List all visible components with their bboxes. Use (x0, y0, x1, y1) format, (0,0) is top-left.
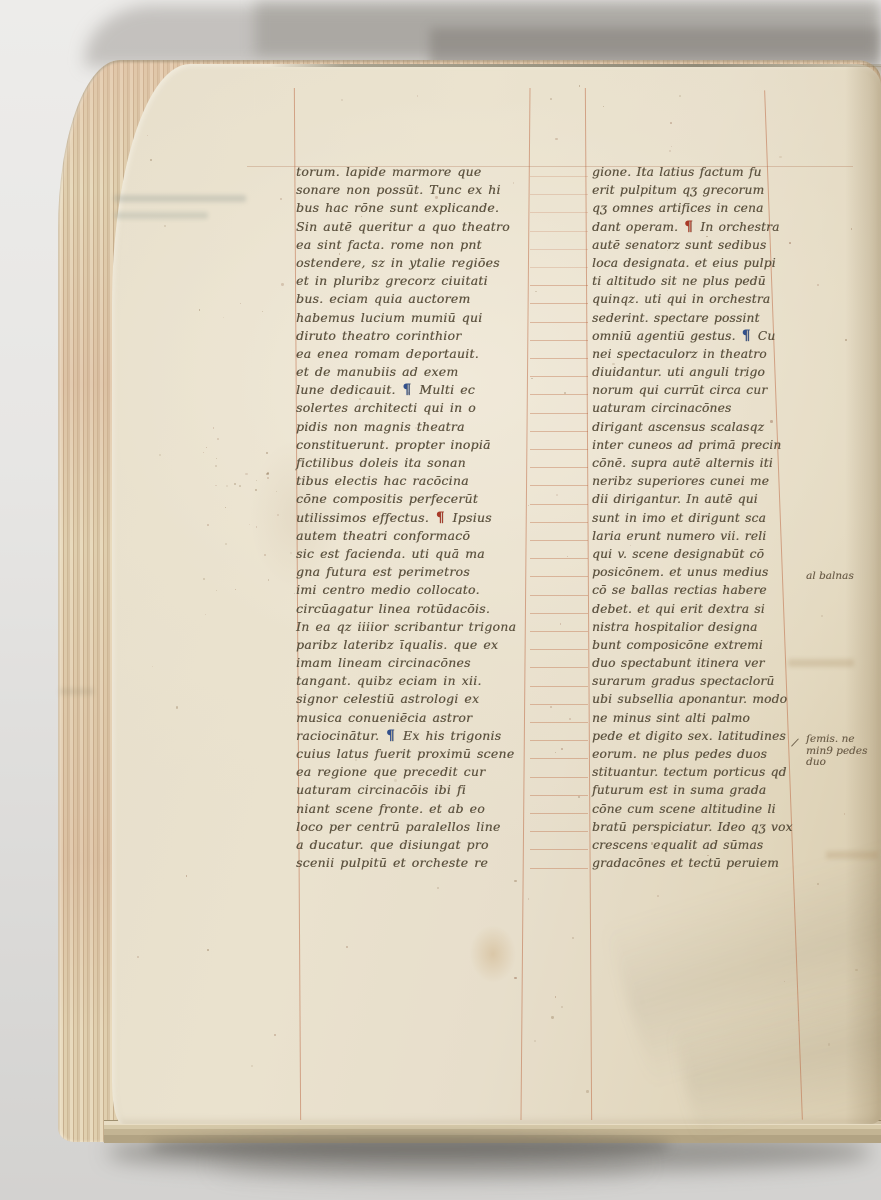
manuscript-text-line: ne minus sint alti palmo (592, 709, 806, 727)
foxing-speck (855, 969, 857, 971)
manuscript-text-line: fictilibus doleis ita sonan (296, 454, 538, 472)
manuscript-text-line: gradacōnes et tectū peruiem (592, 854, 806, 872)
manuscript-text-line: utilissimos effectus. ¶ Ipsius (296, 509, 538, 527)
capitulum-mark-red: ¶ (435, 510, 447, 526)
manuscript-column-left: torum. lapide marmore quesonare non poss… (296, 163, 538, 872)
foxing-speck (851, 228, 852, 229)
ruling-line-horizontal (530, 322, 588, 323)
ruling-line-horizontal (530, 413, 588, 414)
ruling-line-horizontal (530, 722, 588, 723)
show-through-text (114, 195, 246, 202)
manuscript-text-line: ubi subsellia aponantur. modo (592, 690, 806, 708)
foxing-speck (798, 1020, 799, 1021)
manuscript-text-line: cō se ballas rectias habere (592, 581, 806, 599)
manuscript-text-line: eorum. ne plus pedes duos (592, 745, 806, 763)
manuscript-text-line: imi centro medio collocato. (296, 581, 538, 599)
manuscript-text-line: niant scene fronte. et ab eo (296, 800, 538, 818)
ruling-line-horizontal (530, 831, 588, 832)
manuscript-text-line: diuidantur. uti anguli trigo (592, 363, 806, 381)
foxing-speck (555, 138, 557, 140)
ruling-line-horizontal (530, 231, 588, 232)
foxing-speck (346, 946, 348, 948)
manuscript-text-line: loca designata. et eius pulpi (592, 254, 806, 272)
ruling-line-horizontal (530, 777, 588, 778)
manuscript-text-line: autem theatri conformacō (296, 527, 538, 545)
manuscript-text-line: debet. et qui erit dextra si (592, 600, 806, 618)
manuscript-text-line: uaturam circinacōis ibi fi (296, 781, 538, 799)
manuscript-text-line: inter cuneos ad primā precin (592, 436, 806, 454)
manuscript-text-line: cuius latus fuerit proximū scene (296, 745, 538, 763)
foxing-speck (670, 122, 672, 124)
ruling-line-horizontal (530, 595, 588, 596)
ruling-line-horizontal (530, 176, 588, 177)
ruling-line-horizontal (530, 358, 588, 359)
manuscript-text-line: pidis non magnis theatra (296, 418, 538, 436)
manuscript-text-line: imam lineam circinacōnes (296, 654, 538, 672)
foxing-speck (226, 485, 228, 487)
ruling-line-horizontal (530, 740, 588, 741)
foxing-speck (821, 615, 822, 616)
parchment-stain (470, 925, 516, 983)
ruling-line-horizontal (530, 540, 588, 541)
ruling-line-horizontal (530, 431, 588, 432)
manuscript-text-line: raciocinātur. ¶ Ex his trigonis (296, 727, 538, 745)
manuscript-text-line: diruto theatro corinthior (296, 327, 538, 345)
manuscript-text-line: ea sint facta. rome non pnt (296, 236, 538, 254)
margin-note-balnas: al balnas (806, 571, 854, 583)
manuscript-text-line: uaturam circinacōnes (592, 399, 806, 417)
foxing-speck (679, 95, 681, 97)
foxing-speck (290, 552, 292, 554)
foxing-speck (417, 95, 418, 96)
show-through-text (114, 212, 208, 219)
manuscript-text-line: habemus lucium mumiū qui (296, 309, 538, 327)
manuscript-text-line: In ea qz iiiior scribantur trigona (296, 618, 538, 636)
manuscript-text-line: dii dirigantur. In autē qui (592, 490, 806, 508)
manuscript-text-line: nei spectaculorz in theatro (592, 345, 806, 363)
margin-note-line: ſemis. ne (806, 734, 867, 746)
foxing-speck (828, 1043, 830, 1045)
foxing-speck (281, 283, 283, 285)
ruling-line-horizontal (530, 758, 588, 759)
ruling-line-horizontal (530, 249, 588, 250)
ruling-line-horizontal (530, 613, 588, 614)
ruling-line-horizontal (530, 704, 588, 705)
ruling-line-horizontal (530, 558, 588, 559)
ruling-line-horizontal (530, 576, 588, 577)
foxing-speck (817, 883, 819, 885)
manuscript-text-line: dant operam. ¶ In orchestra (592, 218, 806, 236)
foxing-speck (147, 135, 148, 136)
manuscript-text-line: posicōnem. et unus medius (592, 563, 806, 581)
manuscript-text-line: Sin autē queritur a quo theatro (296, 218, 538, 236)
foxing-speck (550, 98, 552, 100)
ruling-line-horizontal (530, 267, 588, 268)
manuscript-text-line: tangant. quibz eciam in xii. (296, 672, 538, 690)
manuscript-text-line: gione. Ita latius factum fu (592, 163, 806, 181)
ruling-line-horizontal (530, 376, 588, 377)
manuscript-text-line: surarum gradus spectaclorū (592, 672, 806, 690)
manuscript-text-line: dirigant ascensus scalasqz (592, 418, 806, 436)
manuscript-text-line: bunt composicōne extremi (592, 636, 806, 654)
manuscript-text-line: scenii pulpitū et orcheste re (296, 854, 538, 872)
manuscript-text-line: futurum est in suma grada (592, 781, 806, 799)
manuscript-text-line: paribz lateribz īqualis. que ex (296, 636, 538, 654)
manuscript-text-line: torum. lapide marmore que (296, 163, 538, 181)
manuscript-text-line: loco per centrū paralellos line (296, 818, 538, 836)
ruling-line-horizontal (530, 194, 588, 195)
foxing-speck (551, 1016, 553, 1018)
manuscript-text-line: solertes architecti qui in o (296, 399, 538, 417)
margin-note-line: duo (806, 757, 867, 769)
manuscript-text-line: autē senatorz sunt sedibus (592, 236, 806, 254)
manuscript-text-line: cōnē. supra autē alternis iti (592, 454, 806, 472)
ruling-line-horizontal (530, 394, 588, 395)
manuscript-text-line: bus hac rōne sunt explicande. (296, 199, 538, 217)
capitulum-mark-blue: ¶ (741, 328, 753, 344)
foxing-speck (579, 85, 580, 86)
manuscript-text-line: ea regione que precedit cur (296, 763, 538, 781)
foxing-speck (277, 514, 279, 516)
foxing-speck (266, 473, 268, 475)
ruling-line-horizontal (530, 868, 588, 869)
foxing-speck (137, 956, 139, 958)
manuscript-text-line: et in pluribz grecorz ciuitati (296, 272, 538, 290)
foxing-speck (267, 477, 269, 479)
manuscript-text-line: circūagatur linea rotūdacōis. (296, 600, 538, 618)
foxing-speck (203, 578, 205, 580)
manuscript-text-line: et de manubiis ad exem (296, 363, 538, 381)
ruling-line-horizontal (530, 504, 588, 505)
manuscript-text-line: ea enea romam deportauit. (296, 345, 538, 363)
ruling-line-horizontal (530, 686, 588, 687)
manuscript-text-line: qui v. scene designabūt cō (592, 545, 806, 563)
show-through-text (60, 688, 94, 695)
foxing-speck (207, 949, 209, 951)
manuscript-text-line: a ducatur. que disiungat pro (296, 836, 538, 854)
foxing-speck (817, 284, 819, 286)
manuscript-text-line: qʒ omnes artifices in cena (592, 199, 806, 217)
manuscript-text-line: nistra hospitalior designa (592, 618, 806, 636)
foxing-speck (567, 556, 568, 557)
manuscript-text-line: laria erunt numero vii. reli (592, 527, 806, 545)
manuscript-text-line: constituerunt. propter inopiā (296, 436, 538, 454)
capitulum-mark-red: ¶ (683, 219, 695, 235)
ruling-line-horizontal (530, 303, 588, 304)
foxing-speck (217, 438, 219, 440)
manuscript-text-line: duo spectabunt itinera ver (592, 654, 806, 672)
manuscript-text-line: bus. eciam quia auctorem (296, 290, 538, 308)
manuscript-text-line: musica conueniēcia astror (296, 709, 538, 727)
foxing-speck (671, 146, 672, 147)
foxing-speck (779, 156, 781, 158)
ruling-line-horizontal (530, 849, 588, 850)
manuscript-text-line: cōne cum scene altitudine li (592, 800, 806, 818)
margin-note-pedes: ſemis. ne min9 pedes duo (806, 734, 867, 769)
photo-scene: torum. lapide marmore quesonare non poss… (0, 0, 881, 1200)
foxing-speck (164, 225, 166, 227)
foxing-speck (534, 1040, 536, 1042)
ruling-line-horizontal (530, 667, 588, 668)
manuscript-text-line: gna futura est perimetros (296, 563, 538, 581)
foxing-speck (213, 427, 214, 428)
capitulum-mark-blue: ¶ (385, 728, 397, 744)
ruling-line-horizontal (530, 449, 588, 450)
foxing-speck (199, 309, 200, 310)
manuscript-text-line: tibus electis hac racōcina (296, 472, 538, 490)
foxing-speck (176, 706, 178, 708)
manuscript-text-line: stituantur. tectum porticus qd (592, 763, 806, 781)
manuscript-column-right: gione. Ita latius factum fuerit pulpitum… (592, 163, 806, 872)
ruling-line-horizontal (530, 467, 588, 468)
foxing-speck (845, 339, 847, 341)
manuscript-text-line: sunt in imo et dirigunt sca (592, 509, 806, 527)
foxing-speck (152, 666, 153, 667)
manuscript-text-line: erit pulpitum qʒ grecorum (592, 181, 806, 199)
ruling-line-horizontal (530, 631, 588, 632)
manuscript-text-line: neribz superiores cunei me (592, 472, 806, 490)
foxing-speck (262, 311, 263, 312)
foxing-speck (555, 752, 556, 753)
foxing-speck (341, 99, 343, 101)
foxing-speck (234, 483, 236, 485)
foxing-speck (266, 452, 267, 453)
ruling-line-horizontal (530, 212, 588, 213)
foxing-speck (159, 454, 161, 456)
manuscript-text-line: omniū agentiū gestus. ¶ Cu (592, 327, 806, 345)
foxing-speck (256, 480, 257, 481)
manuscript-text-line: pede et digito sex. latitudines (592, 727, 806, 745)
show-through-text (826, 851, 878, 859)
ruling-line-horizontal (530, 813, 588, 814)
ruling-line-horizontal (530, 485, 588, 486)
manuscript-text-line: sederint. spectare possint (592, 309, 806, 327)
book-cast-shadow (150, 1135, 670, 1157)
capitulum-mark-blue: ¶ (401, 382, 413, 398)
manuscript-text-line: norum qui currūt circa cur (592, 381, 806, 399)
foxing-speck (255, 489, 257, 491)
foxing-speck (514, 977, 516, 979)
manuscript-text-line: signor celestiū astrologi ex (296, 690, 538, 708)
manuscript-text-line: lune dedicauit. ¶ Multi ec (296, 381, 538, 399)
ruling-line-horizontal (530, 285, 588, 286)
manuscript-text-line: quinqz. uti qui in orchestra (592, 290, 806, 308)
foxing-speck (239, 485, 241, 487)
manuscript-text-line: crescens equalit ad sūmas (592, 836, 806, 854)
foxing-speck (586, 1090, 588, 1092)
foxing-speck (555, 996, 557, 998)
foxing-speck (150, 159, 152, 161)
manuscript-text-line: bratū perspiciatur. Ideo qʒ vox (592, 818, 806, 836)
manuscript-text-line: sonare non possūt. Tunc ex hi (296, 181, 538, 199)
foxing-speck (207, 524, 209, 526)
ruling-line-horizontal (530, 522, 588, 523)
manuscript-text-line: sic est facienda. uti quā ma (296, 545, 538, 563)
foxing-speck (514, 880, 516, 882)
foxing-speck (564, 392, 566, 394)
ruling-line-horizontal (530, 649, 588, 650)
manuscript-text-line: cōne compositis perfecerūt (296, 490, 538, 508)
manuscript-text-line: ti altitudo sit ne plus pedū (592, 272, 806, 290)
manuscript-text-line: ostendere, sz in ytalie regiōes (296, 254, 538, 272)
page-top-edge (270, 64, 881, 67)
ruling-line-horizontal (530, 340, 588, 341)
foxing-speck (603, 106, 604, 107)
